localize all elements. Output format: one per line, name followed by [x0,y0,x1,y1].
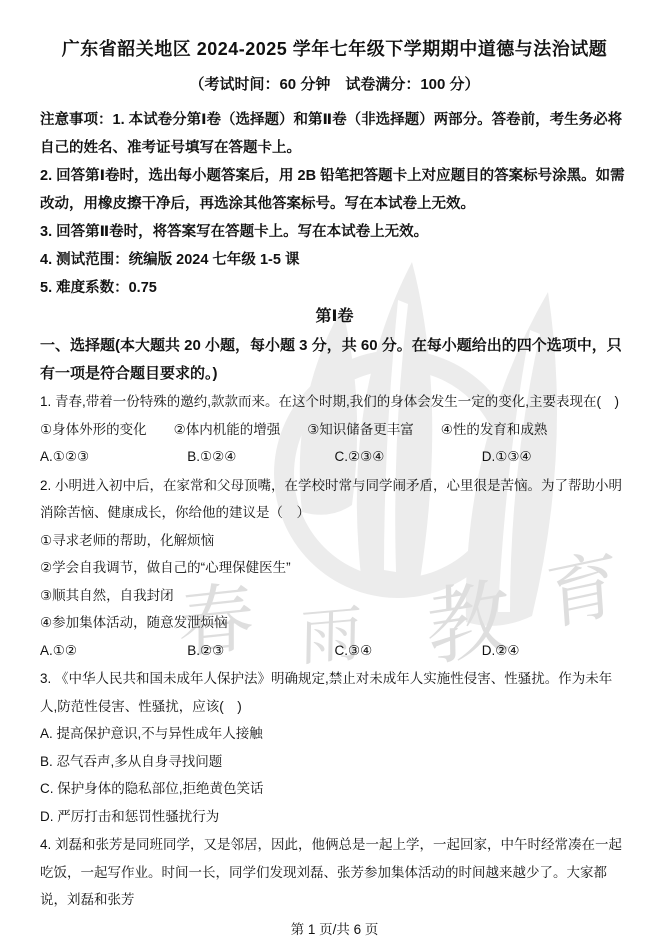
option-item: D. 严厉打击和惩罚性骚扰行为 [40,803,629,831]
question-stem: 4. 刘磊和张芳是同班同学，又是邻居，因此，他俩总是一起上学，一起回家，中午时经… [40,831,629,914]
option-row: A.①②③ B.①②④ C.②③④ D.①③④ [40,443,629,471]
option-item: A.①② [40,637,187,665]
option-row: A.①② B.②③ C.③④ D.②④ [40,637,629,665]
question-stem: 1. 青春,带着一份特殊的邀约,款款而来。在这个时期,我们的身体会发生一定的变化… [40,388,629,416]
question-3: 3. 《中华人民共和国未成年人保护法》明确规定,禁止对未成年人实施性侵害、性骚扰… [40,665,629,830]
question-4: 4. 刘磊和张芳是同班同学，又是邻居，因此，他俩总是一起上学，一起回家，中午时经… [40,831,629,914]
question-stem: 2. 小明进入初中后，在家常和父母顶嘴，在学校时常与同学闹矛盾，心里很是苦恼。为… [40,472,629,527]
question-subitems: ①身体外形的变化 ②体内机能的增强 ③知识储备更丰富 ④性的发育和成熟 [40,416,629,444]
part-heading: 一、选择题(本大题共 20 小题，每小题 3 分，共 60 分。在每小题给出的四… [40,332,629,388]
question-subitem: ①寻求老师的帮助，化解烦恼 [40,527,629,555]
exam-paper-page: 春 雨 教 育 广东省韶关地区 2024-2025 学年七年级下学期期中道德与法… [0,0,669,937]
page-title: 广东省韶关地区 2024-2025 学年七年级下学期期中道德与法治试题 [40,36,629,62]
notice-line: 注意事项：1. 本试卷分第Ⅰ卷（选择题）和第Ⅱ卷（非选择题）两部分。答卷前，考生… [40,106,629,162]
option-item: D.①③④ [482,443,629,471]
question-subitem: ③顺其自然，自我封闭 [40,582,629,610]
option-item: A.①②③ [40,443,187,471]
option-item: A. 提高保护意识,不与异性成年人接触 [40,720,629,748]
option-item: B.②③ [187,637,334,665]
exam-meta-subtitle: （考试时间：60 分钟 试卷满分：100 分） [40,74,629,96]
option-item: D.②④ [482,637,629,665]
notice-line: 5. 难度系数：0.75 [40,274,629,302]
question-2: 2. 小明进入初中后，在家常和父母顶嘴，在学校时常与同学闹矛盾，心里很是苦恼。为… [40,472,629,665]
option-item: B. 忍气吞声,多从自身寻找问题 [40,748,629,776]
notice-line: 2. 回答第Ⅰ卷时，选出每小题答案后，用 2B 铅笔把答题卡上对应题目的答案标号… [40,162,629,218]
question-subitem: ②学会自我调节，做自己的“心理保健医生” [40,554,629,582]
question-stem: 3. 《中华人民共和国未成年人保护法》明确规定,禁止对未成年人实施性侵害、性骚扰… [40,665,629,720]
question-subitem: ④参加集体活动，随意发泄烦恼 [40,609,629,637]
option-item: B.①②④ [187,443,334,471]
section-heading: 第Ⅰ卷 [40,302,629,332]
option-item: C.②③④ [335,443,482,471]
notice-block: 注意事项：1. 本试卷分第Ⅰ卷（选择题）和第Ⅱ卷（非选择题）两部分。答卷前，考生… [40,106,629,302]
question-1: 1. 青春,带着一份特殊的邀约,款款而来。在这个时期,我们的身体会发生一定的变化… [40,388,629,471]
option-item: C. 保护身体的隐私部位,拒绝黄色笑话 [40,775,629,803]
notice-line: 4. 测试范围：统编版 2024 七年级 1-5 课 [40,246,629,274]
exam-content: 广东省韶关地区 2024-2025 学年七年级下学期期中道德与法治试题 （考试时… [0,0,669,937]
page-footer: 第 1 页/共 6 页 [40,916,629,937]
option-item: C.③④ [335,637,482,665]
notice-line: 3. 回答第Ⅱ卷时，将答案写在答题卡上。写在本试卷上无效。 [40,218,629,246]
